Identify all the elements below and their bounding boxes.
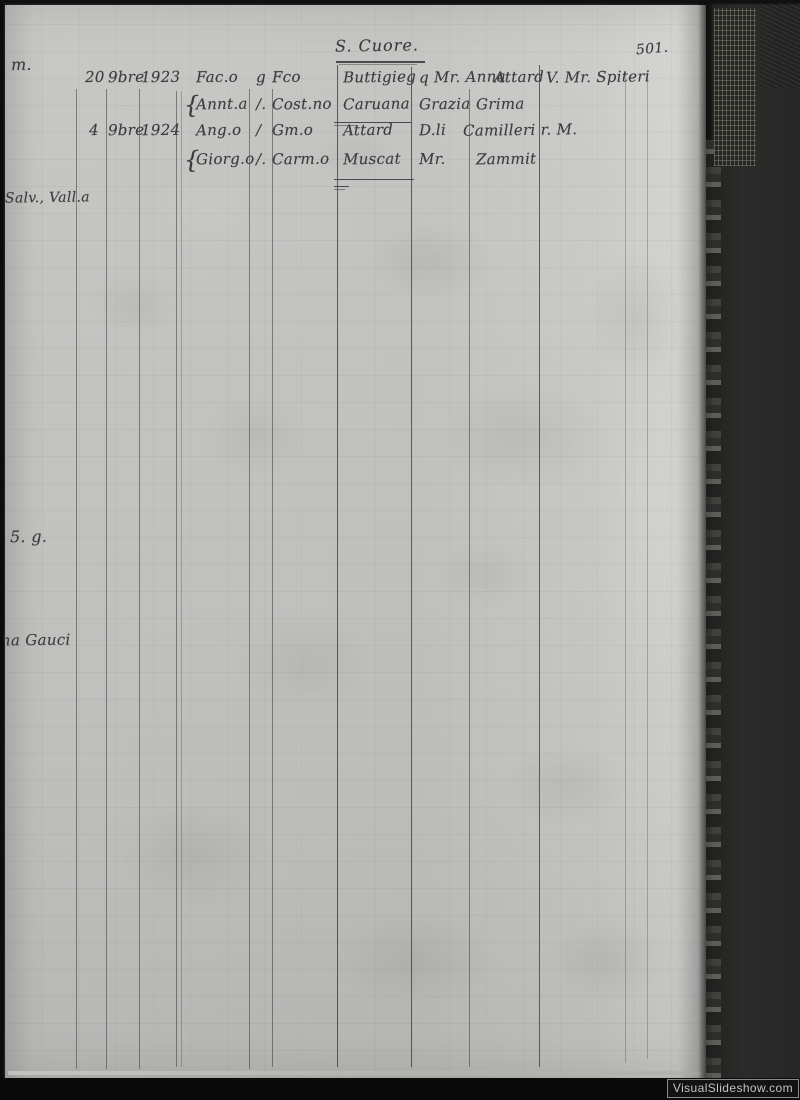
cell-month: 9bre bbox=[108, 123, 145, 139]
register-row: { Annt.a /. Cost.no Caruana Grazia Grima bbox=[5, 97, 706, 123]
cell-month: 9bre bbox=[108, 70, 145, 86]
scan-top-border bbox=[0, 0, 800, 5]
watermark-label: VisualSlideshow.com bbox=[667, 1079, 799, 1098]
cell-surname: Muscat bbox=[343, 152, 401, 168]
cell-father-name: Gm.o bbox=[272, 123, 313, 139]
cell-year: 1924 bbox=[141, 123, 181, 139]
cell-day: 20 bbox=[85, 70, 105, 85]
column-rule bbox=[469, 89, 470, 1067]
register-row: 4 9bre 1924 Ang.o / Gm.o Attard D.li Cam… bbox=[5, 123, 706, 149]
cell-mother-surname: Attard bbox=[494, 70, 544, 86]
surname-underline bbox=[334, 125, 356, 126]
column-rule bbox=[647, 71, 648, 1059]
margin-note: Salv., Vall.a bbox=[5, 190, 90, 205]
heading-underline-2 bbox=[339, 64, 417, 65]
column-rule bbox=[181, 91, 182, 1067]
column-rule bbox=[539, 65, 540, 1067]
surname-underline bbox=[334, 122, 411, 123]
page-heading: S. Cuore. bbox=[335, 37, 419, 54]
column-rule bbox=[76, 89, 77, 1069]
cell-mother-surname: Zammit bbox=[476, 152, 537, 168]
cell-sponsor: V. Mr. Spiteri bbox=[546, 69, 650, 85]
ditto-mark bbox=[334, 189, 345, 190]
scan-left-border bbox=[0, 0, 5, 1100]
column-rule bbox=[411, 67, 412, 1067]
column-rule bbox=[337, 65, 338, 1067]
cell-surname: Caruana bbox=[343, 97, 410, 113]
ditto-mark bbox=[334, 186, 349, 187]
torn-paper-edge bbox=[706, 140, 721, 1078]
binding-corner-texture bbox=[760, 0, 800, 88]
binding-mesh-tape bbox=[714, 8, 756, 166]
cell-mark: /. bbox=[256, 152, 267, 167]
cell-mark: g bbox=[256, 70, 266, 85]
register-row: { Giorg.o /. Carm.o Muscat Mr. Zammit bbox=[5, 152, 706, 178]
cell-surname: Buttigieg bbox=[343, 69, 416, 85]
margin-note: 5. g. bbox=[10, 529, 47, 546]
column-rule bbox=[139, 89, 140, 1069]
cell-mother-surname: Grima bbox=[476, 97, 525, 113]
cell-mother-name: D.li bbox=[419, 123, 446, 138]
page-number: 501. bbox=[635, 41, 668, 58]
column-rule bbox=[106, 89, 107, 1069]
cell-mother-name: Mr. bbox=[419, 152, 446, 167]
column-rule bbox=[272, 89, 273, 1067]
cell-mother-name: Grazia bbox=[419, 97, 471, 113]
column-rule bbox=[176, 91, 177, 1067]
cell-mark: /. bbox=[256, 97, 267, 112]
page-bottom-edge bbox=[8, 1071, 700, 1075]
cell-year: 1923 bbox=[141, 70, 181, 86]
cell-day: 4 bbox=[89, 123, 99, 138]
margin-note: ha Gauci bbox=[1, 633, 71, 649]
register-paper: S. Cuore. 501. 20 9bre 1923 Fac.o g bbox=[5, 5, 706, 1078]
cell-mother-surname: Camilleri r. M. bbox=[463, 122, 578, 139]
column-rule bbox=[625, 71, 626, 1063]
margin-note: m. bbox=[11, 57, 32, 73]
heading-underline bbox=[336, 61, 425, 63]
column-rule bbox=[249, 89, 250, 1069]
cell-father-name: Fco bbox=[272, 70, 301, 85]
cell-father-name: Cost.no bbox=[272, 97, 332, 113]
scanned-register-page: S. Cuore. 501. 20 9bre 1923 Fac.o g bbox=[0, 0, 800, 1100]
cell-child-name: Fac.o bbox=[196, 70, 238, 86]
surname-underline bbox=[334, 179, 414, 180]
cell-child-name: Annt.a bbox=[196, 97, 248, 113]
cell-child-name: Ang.o bbox=[196, 123, 242, 139]
cell-mark: / bbox=[256, 123, 262, 138]
cell-father-name: Carm.o bbox=[272, 152, 330, 168]
register-row: 20 9bre 1923 Fac.o g Fco Buttigieg q Mr.… bbox=[5, 70, 706, 96]
cell-child-name: Giorg.o bbox=[196, 152, 255, 168]
